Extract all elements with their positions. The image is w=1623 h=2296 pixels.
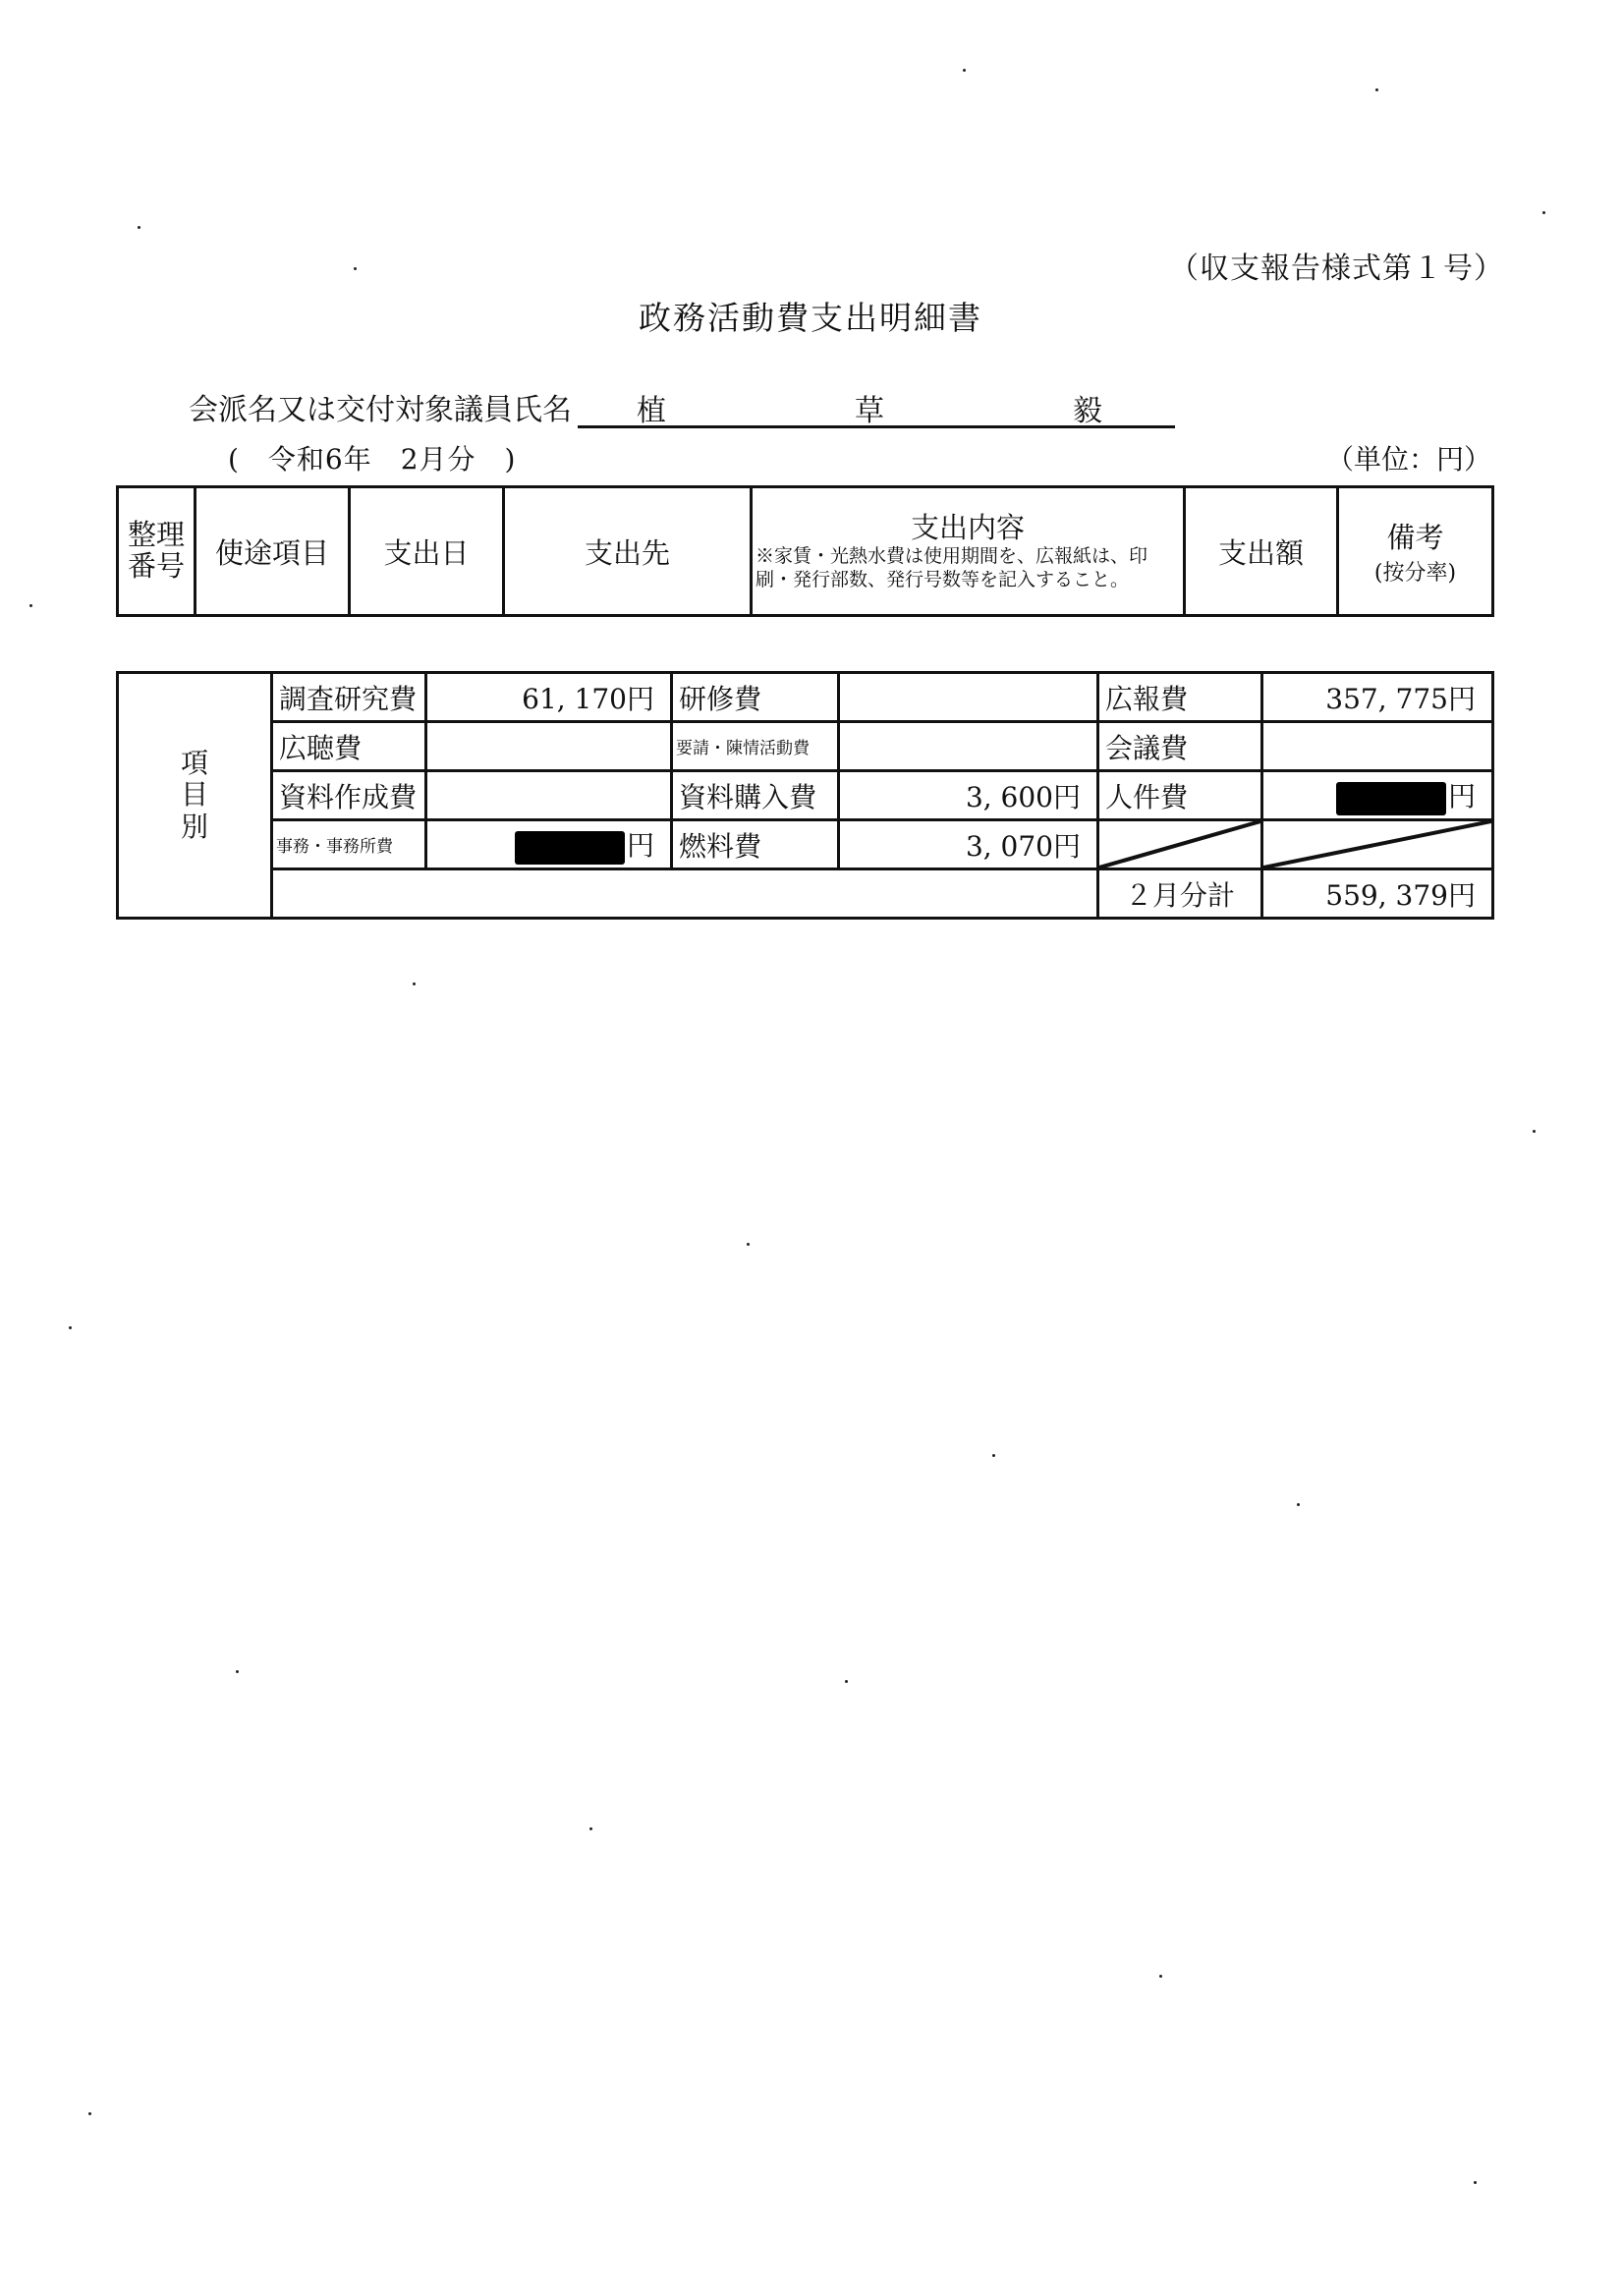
yen-suffix: 円	[627, 829, 654, 862]
document-title: 政務活動費支出明細書	[639, 293, 982, 339]
column-header-date: 支出日	[350, 487, 504, 616]
content-title: 支出内容	[756, 510, 1180, 545]
category-label: 広聴費	[272, 722, 426, 771]
column-header-amount: 支出額	[1185, 487, 1338, 616]
column-header-content: 支出内容 ※家賃・光熱水費は使用期間を、広報紙は、印刷・発行部数、発行号数等を記…	[752, 487, 1185, 616]
category-amount	[1262, 722, 1493, 771]
struck-cell	[1262, 820, 1493, 869]
total-amount: 559, 379円	[1262, 869, 1493, 919]
category-amount: 357, 775円	[1262, 673, 1493, 722]
member-name-part: 毅	[1073, 386, 1102, 429]
expense-detail-header-table: 整理番号 使途項目 支出日 支出先 支出内容 ※家賃・光熱水費は使用期間を、広報…	[116, 485, 1494, 617]
category-amount	[839, 722, 1098, 771]
category-label: 研修費	[672, 673, 839, 722]
diagonal-strike-icon	[1099, 821, 1260, 868]
table-row: ２月分計 559, 379円	[118, 869, 1493, 919]
redaction-block	[1336, 782, 1446, 815]
row-header-by-category: 項目別	[118, 673, 272, 919]
category-label: 事務・事務所費	[272, 820, 426, 869]
category-amount-redacted: 円	[1262, 771, 1493, 820]
category-label: 資料作成費	[272, 771, 426, 820]
category-amount: 61, 170円	[426, 673, 672, 722]
member-row: 会派名又は交付対象議員氏名 植 草 毅	[189, 385, 1175, 428]
column-header-remarks: 備考 (按分率)	[1338, 487, 1493, 616]
column-header-purpose: 使途項目	[196, 487, 350, 616]
table-row: 広聴費 要請・陳情活動費 会議費	[118, 722, 1493, 771]
category-label: 会議費	[1098, 722, 1262, 771]
category-label: 人件費	[1098, 771, 1262, 820]
category-amount: 3, 070円	[839, 820, 1098, 869]
table-row: 資料作成費 資料購入費 3, 600円 人件費 円	[118, 771, 1493, 820]
category-amount: 3, 600円	[839, 771, 1098, 820]
member-name-field: 植 草 毅	[578, 386, 1175, 428]
category-amount	[426, 771, 672, 820]
redaction-block	[515, 831, 625, 865]
struck-cell	[1098, 820, 1262, 869]
category-label: 調査研究費	[272, 673, 426, 722]
member-name-part: 植	[637, 386, 666, 429]
category-amount	[426, 722, 672, 771]
table-row: 項目別 調査研究費 61, 170円 研修費 広報費 357, 775円	[118, 673, 1493, 722]
total-label: ２月分計	[1098, 869, 1262, 919]
member-label: 会派名又は交付対象議員氏名	[189, 385, 572, 428]
remarks-title: 備考	[1339, 516, 1491, 556]
category-label: 要請・陳情活動費	[672, 722, 839, 771]
blank-cell	[272, 869, 1098, 919]
member-name-part: 草	[855, 386, 884, 429]
category-label: 燃料費	[672, 820, 839, 869]
category-label: 広報費	[1098, 673, 1262, 722]
column-header-payee: 支出先	[504, 487, 752, 616]
form-number: （収支報告様式第１号）	[1169, 244, 1504, 287]
report-period: ( 令和6年 2月分 )	[228, 438, 516, 477]
unit-label: （単位：円）	[1326, 438, 1491, 477]
remarks-subtitle: (按分率)	[1339, 556, 1491, 587]
category-summary-table: 項目別 調査研究費 61, 170円 研修費 広報費 357, 775円 広聴費…	[116, 671, 1494, 920]
category-amount	[839, 673, 1098, 722]
category-amount-redacted: 円	[426, 820, 672, 869]
column-header-reference-number: 整理番号	[118, 487, 196, 616]
diagonal-strike-icon	[1263, 821, 1491, 868]
content-note: ※家賃・光熱水費は使用期間を、広報紙は、印刷・発行部数、発行号数等を記入すること…	[756, 545, 1147, 590]
yen-suffix: 円	[1448, 780, 1476, 812]
category-label: 資料購入費	[672, 771, 839, 820]
table-row: 事務・事務所費 円 燃料費 3, 070円	[118, 820, 1493, 869]
